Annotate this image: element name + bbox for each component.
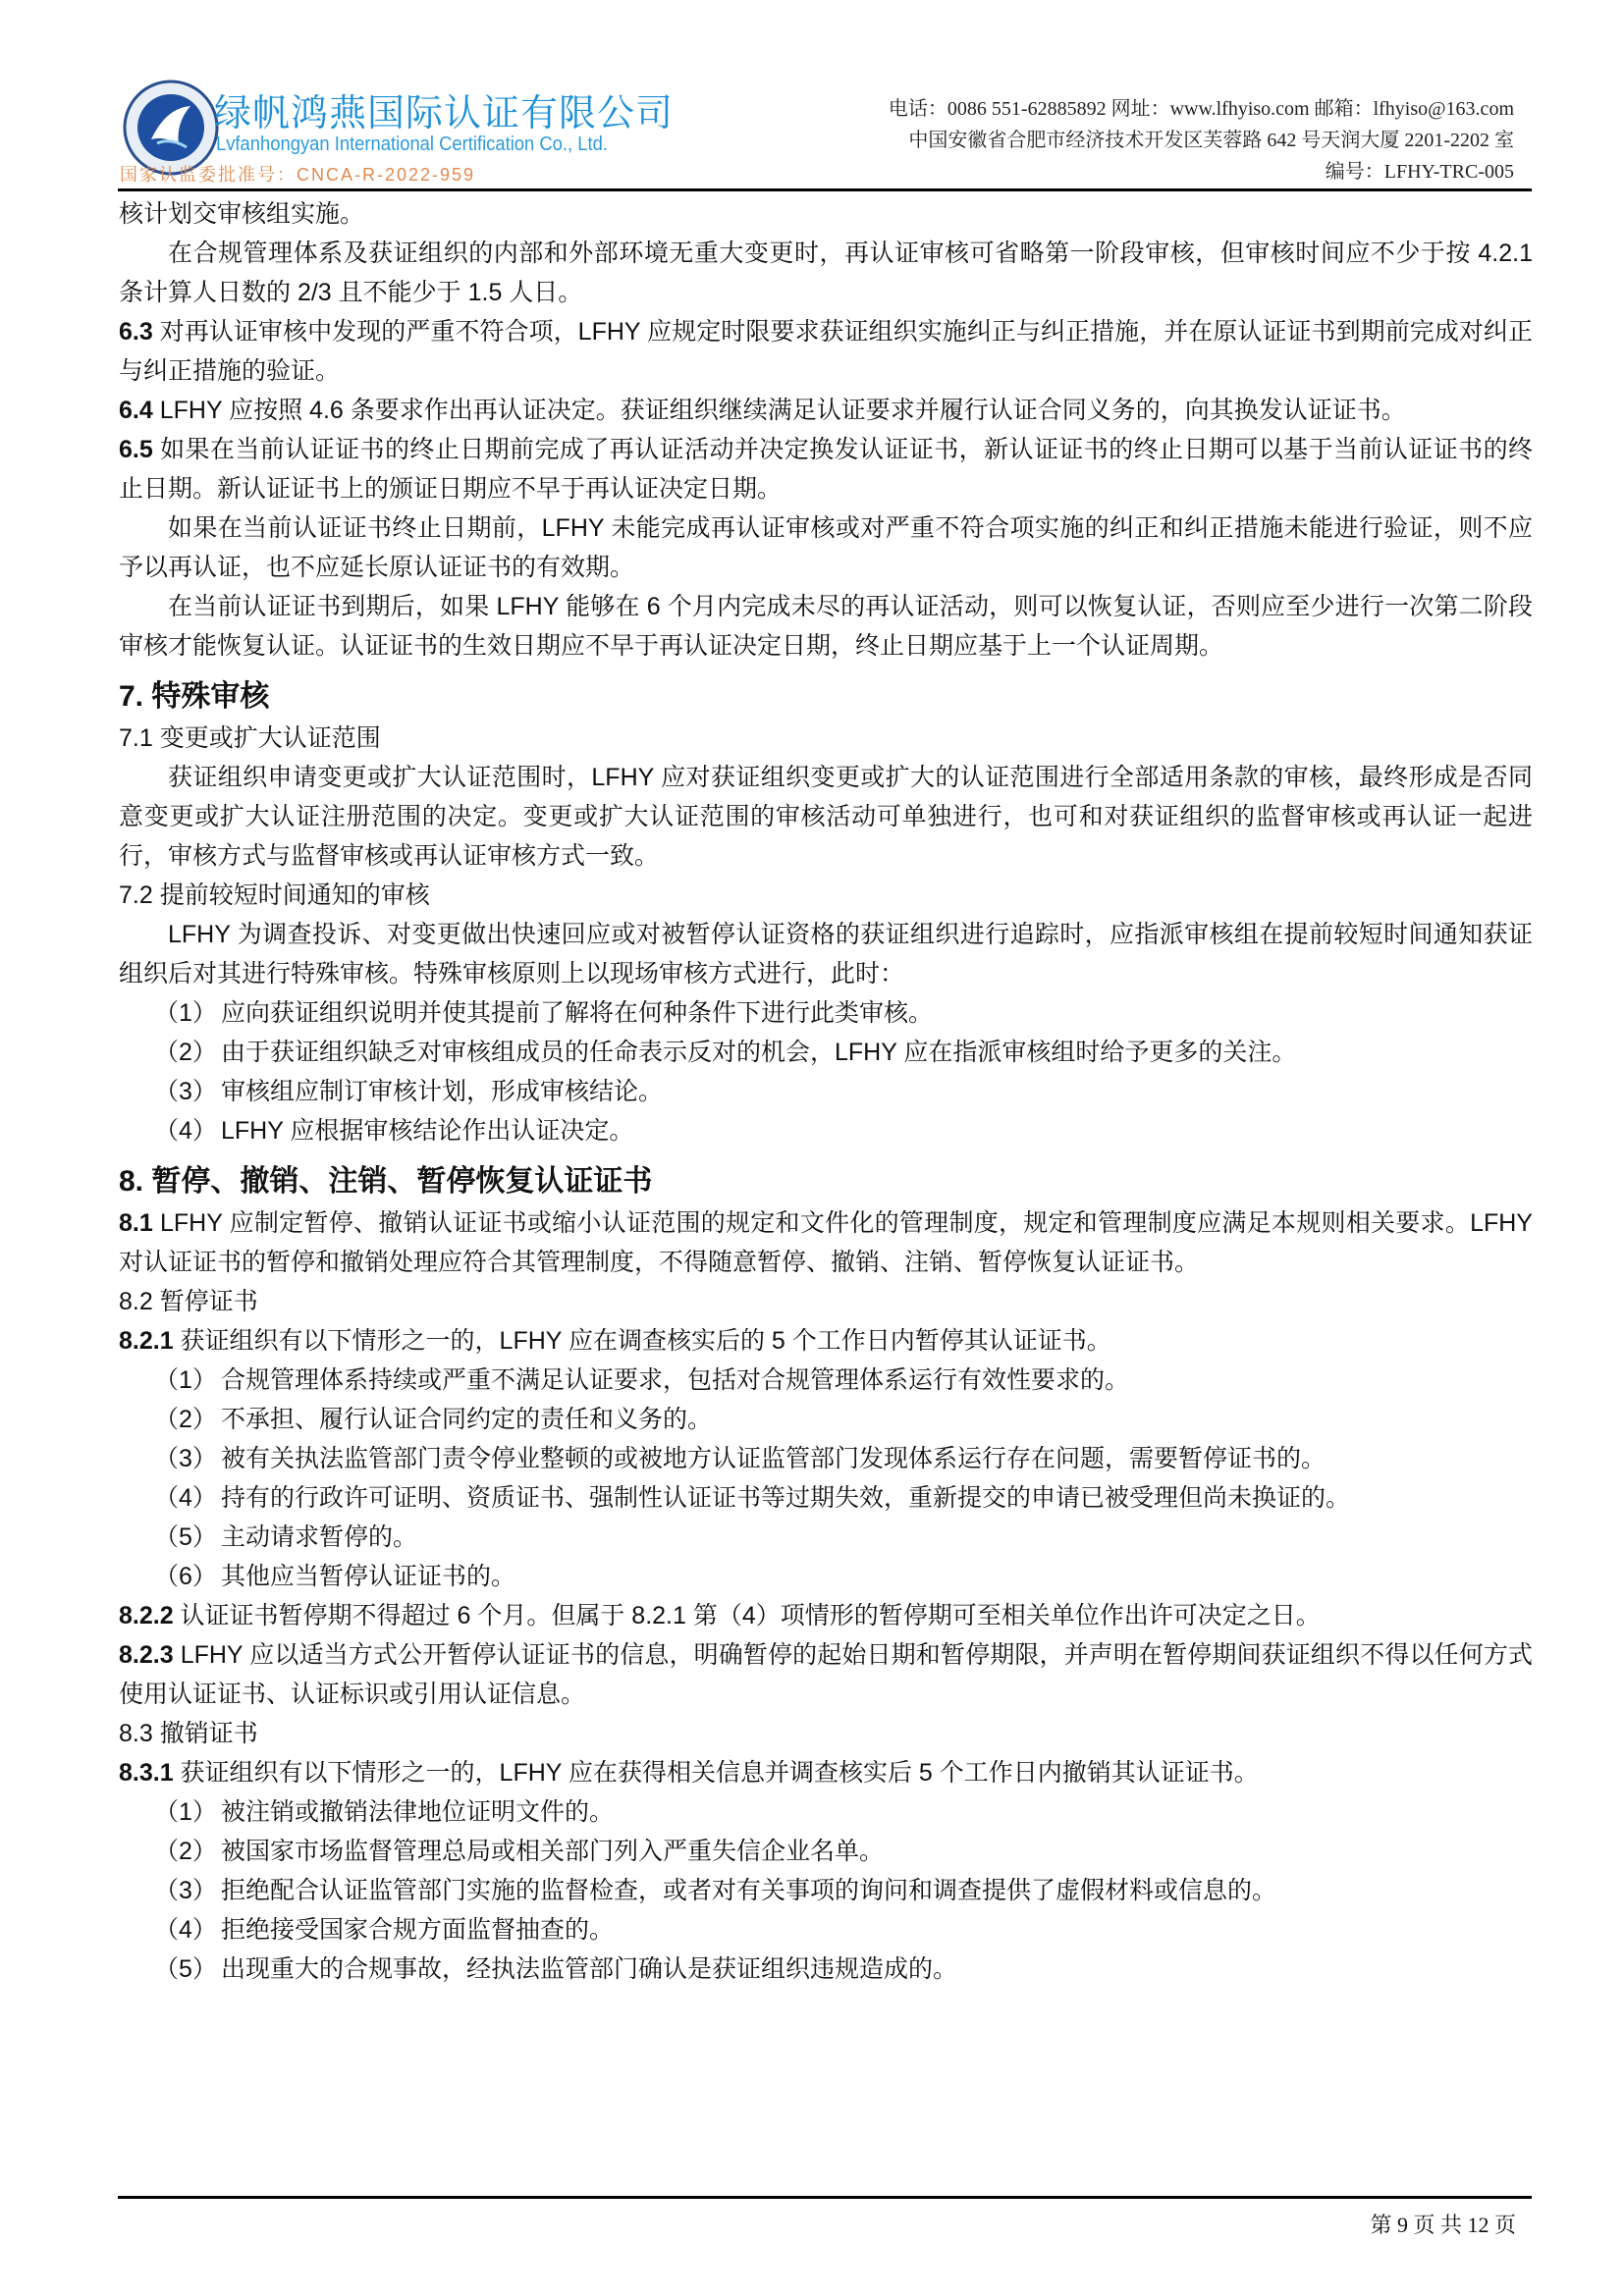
list-8-2-1: （1）合规管理体系持续或严重不满足认证要求，包括对合规管理体系运行有效性要求的。… [119,1361,1533,1596]
list-text: 出现重大的合规事故，经执法监管部门确认是获证组织违规造成的。 [221,1955,957,1983]
paragraph: 如果在当前认证证书终止日期前，LFHY 未能完成再认证审核或对严重不符合项实施的… [119,508,1533,587]
clause-text: LFHY 应制定暂停、撤销认证证书或缩小认证范围的规定和文件化的管理制度，规定和… [119,1209,1533,1276]
page-header: 绿帆鸿燕国际认证有限公司 Lvfanhongyan International … [0,0,1624,196]
list-item: （1）应向获证组织说明并使其提前了解将在何种条件下进行此类审核。 [119,993,1533,1033]
list-marker: （2） [154,1832,221,1871]
clause-text: 如果在当前认证证书的终止日期前完成了再认证活动并决定换发认证证书，新认证证书的终… [119,436,1533,503]
list-marker: （2） [154,1033,221,1072]
section-heading-8: 8. 暂停、撤销、注销、暂停恢复认证证书 [119,1160,1533,1203]
list-item: （3）审核组应制订审核计划，形成审核结论。 [119,1072,1533,1111]
list-marker: （3） [154,1871,221,1910]
clause-text: LFHY 应按照 4.6 条要求作出再认证决定。获证组织继续满足认证要求并履行认… [153,397,1406,424]
company-name-cn: 绿帆鸿燕国际认证有限公司 [214,82,674,136]
clause-number: 6.5 [119,436,153,463]
clause-text: 获证组织有以下情形之一的，LFHY 应在调查核实后的 5 个工作日内暂停其认证证… [174,1327,1111,1355]
paragraph: 在当前认证证书到期后，如果 LFHY 能够在 6 个月内完成未尽的再认证活动，则… [119,587,1533,666]
list-text: 不承担、履行认证合同约定的责任和义务的。 [221,1406,712,1433]
clause-number: 8.2.1 [119,1327,174,1355]
contact-line: 电话：0086 551-62885892 网址：www.lfhyiso.com … [889,92,1514,121]
clause-6-4: 6.4 LFHY 应按照 4.6 条要求作出再认证决定。获证组织继续满足认证要求… [119,391,1533,430]
list-marker: （1） [154,993,221,1033]
list-marker: （4） [154,1478,221,1518]
clause-number: 8.2.2 [119,1602,174,1629]
list-text: 审核组应制订审核计划，形成审核结论。 [221,1078,663,1105]
company-name-en: Lvfanhongyan International Certification… [216,133,608,156]
document-number: 编号：LFHY-TRC-005 [1326,155,1514,184]
clause-number: 8.3.1 [119,1759,174,1787]
clause-8-1: 8.1 LFHY 应制定暂停、撤销认证证书或缩小认证范围的规定和文件化的管理制度… [119,1203,1533,1282]
clause-number: 8.2.3 [119,1641,174,1669]
list-item: （5）出现重大的合规事故，经执法监管部门确认是获证组织违规造成的。 [119,1949,1533,1989]
clause-text: LFHY 应以适当方式公开暂停认证证书的信息，明确暂停的起始日期和暂停期限，并声… [119,1641,1533,1708]
subsection-heading-7-1: 7.1 变更或扩大认证范围 [119,719,1533,758]
list-item: （4）LFHY 应根据审核结论作出认证决定。 [119,1111,1533,1150]
list-item: （3）拒绝配合认证监管部门实施的监督检查，或者对有关事项的询问和调查提供了虚假材… [119,1871,1533,1910]
list-marker: （3） [154,1072,221,1111]
list-item: （6）其他应当暂停认证证书的。 [119,1557,1533,1596]
list-text: 被注销或撤销法律地位证明文件的。 [221,1798,614,1826]
paragraph: 在合规管理体系及获证组织的内部和外部环境无重大变更时，再认证审核可省略第一阶段审… [119,234,1533,312]
list-text: 其他应当暂停认证证书的。 [221,1563,515,1590]
paragraph: 获证组织申请变更或扩大认证范围时，LFHY 应对获证组织变更或扩大的认证范围进行… [119,758,1533,876]
clause-6-3: 6.3 对再认证审核中发现的严重不符合项，LFHY 应规定时限要求获证组织实施纠… [119,312,1533,391]
list-marker: （1） [154,1792,221,1832]
clause-8-2-3: 8.2.3 LFHY 应以适当方式公开暂停认证证书的信息，明确暂停的起始日期和暂… [119,1635,1533,1714]
clause-8-2-2: 8.2.2 认证证书暂停期不得超过 6 个月。但属于 8.2.1 第（4）项情形… [119,1596,1533,1635]
clause-text: 对再认证审核中发现的严重不符合项，LFHY 应规定时限要求获证组织实施纠正与纠正… [119,318,1533,385]
approval-label: 国家认监委批准号： [120,165,297,185]
list-text: LFHY 应根据审核结论作出认证决定。 [221,1117,633,1145]
list-item: （2）由于获证组织缺乏对审核组成员的任命表示反对的机会，LFHY 应在指派审核组… [119,1033,1533,1072]
list-text: 拒绝配合认证监管部门实施的监督检查，或者对有关事项的询问和调查提供了虚假材料或信… [221,1877,1276,1904]
clause-text: 获证组织有以下情形之一的，LFHY 应在获得相关信息并调查核实后 5 个工作日内… [174,1759,1259,1787]
list-marker: （5） [154,1518,221,1557]
list-text: 被国家市场监督管理总局或相关部门列入严重失信企业名单。 [221,1838,884,1865]
list-marker: （3） [154,1439,221,1478]
list-item: （1）被注销或撤销法律地位证明文件的。 [119,1792,1533,1832]
list-text: 被有关执法监管部门责令停业整顿的或被地方认证监管部门发现体系运行存在问题，需要暂… [221,1445,1326,1472]
clause-number: 6.4 [119,397,153,424]
list-text: 合规管理体系持续或严重不满足认证要求，包括对合规管理体系运行有效性要求的。 [221,1366,1129,1394]
clause-number: 6.3 [119,318,153,346]
list-item: （2）被国家市场监督管理总局或相关部门列入严重失信企业名单。 [119,1832,1533,1871]
paragraph: LFHY 为调查投诉、对变更做出快速回应或对被暂停认证资格的获证组织进行追踪时，… [119,915,1533,993]
list-text: 主动请求暂停的。 [221,1523,417,1551]
paragraph: 核计划交审核组实施。 [119,194,1533,234]
list-text: 持有的行政许可证明、资质证书、强制性认证证书等过期失效，重新提交的申请已被受理但… [221,1484,1350,1512]
list-marker: （6） [154,1557,221,1596]
list-marker: （2） [154,1400,221,1439]
address-line: 中国安徽省合肥市经济技术开发区芙蓉路 642 号天润大厦 2201-2202 室 [908,124,1514,152]
approval-number: 国家认监委批准号：CNCA-R-2022-959 [120,161,475,187]
list-item: （5）主动请求暂停的。 [119,1518,1533,1557]
section-heading-7: 7. 特殊审核 [119,675,1533,719]
list-marker: （1） [154,1361,221,1400]
approval-value: CNCA-R-2022-959 [297,165,475,185]
list-7-2: （1）应向获证组织说明并使其提前了解将在何种条件下进行此类审核。 （2）由于获证… [119,993,1533,1150]
list-text: 由于获证组织缺乏对审核组成员的任命表示反对的机会，LFHY 应在指派审核组时给予… [221,1039,1296,1066]
clause-number: 8.1 [119,1209,153,1237]
clause-8-3-1: 8.3.1 获证组织有以下情形之一的，LFHY 应在获得相关信息并调查核实后 5… [119,1753,1533,1792]
clause-8-2-1: 8.2.1 获证组织有以下情形之一的，LFHY 应在调查核实后的 5 个工作日内… [119,1321,1533,1361]
list-text: 拒绝接受国家合规方面监督抽查的。 [221,1916,614,1944]
page-number: 第 9 页 共 12 页 [1370,2209,1516,2239]
list-text: 应向获证组织说明并使其提前了解将在何种条件下进行此类审核。 [221,999,933,1027]
list-item: （1）合规管理体系持续或严重不满足认证要求，包括对合规管理体系运行有效性要求的。 [119,1361,1533,1400]
list-item: （4）拒绝接受国家合规方面监督抽查的。 [119,1910,1533,1949]
subsection-heading-8-2: 8.2 暂停证书 [119,1282,1533,1321]
subsection-heading-7-2: 7.2 提前较短时间通知的审核 [119,876,1533,915]
list-item: （2）不承担、履行认证合同约定的责任和义务的。 [119,1400,1533,1439]
list-item: （3）被有关执法监管部门责令停业整顿的或被地方认证监管部门发现体系运行存在问题，… [119,1439,1533,1478]
list-8-3-1: （1）被注销或撤销法律地位证明文件的。 （2）被国家市场监督管理总局或相关部门列… [119,1792,1533,1989]
list-marker: （4） [154,1111,221,1150]
clause-text: 认证证书暂停期不得超过 6 个月。但属于 8.2.1 第（4）项情形的暂停期可至… [174,1602,1321,1629]
header-divider [118,188,1532,191]
footer-divider [118,2196,1532,2199]
document-body: 核计划交审核组实施。 在合规管理体系及获证组织的内部和外部环境无重大变更时，再认… [119,194,1533,1989]
list-marker: （4） [154,1910,221,1949]
list-item: （4）持有的行政许可证明、资质证书、强制性认证证书等过期失效，重新提交的申请已被… [119,1478,1533,1518]
clause-6-5: 6.5 如果在当前认证证书的终止日期前完成了再认证活动并决定换发认证证书，新认证… [119,430,1533,508]
list-marker: （5） [154,1949,221,1989]
subsection-heading-8-3: 8.3 撤销证书 [119,1714,1533,1753]
